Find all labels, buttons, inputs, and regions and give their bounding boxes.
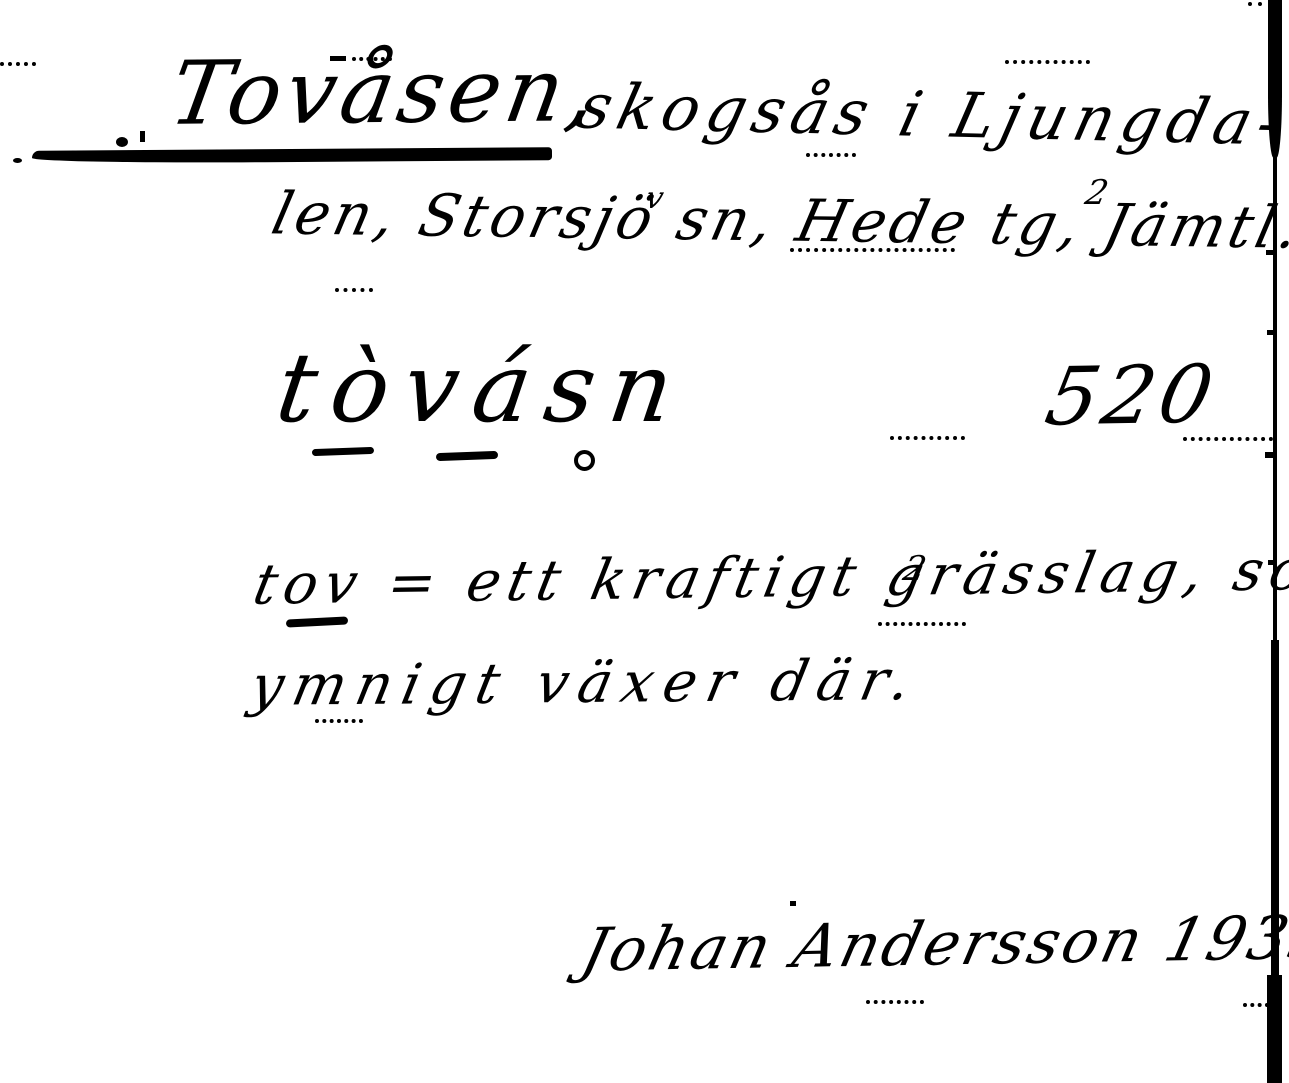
edge-notch [1266, 250, 1274, 255]
scan-noise-mark [1183, 437, 1273, 441]
scan-noise-mark [0, 62, 36, 66]
scan-noise-mark [790, 901, 796, 906]
scan-noise-mark [790, 248, 955, 252]
tov-underline-o [286, 616, 348, 627]
scan-noise-mark [878, 622, 966, 626]
edge-notch [1267, 330, 1274, 335]
edge-notch [1265, 452, 1274, 458]
scan-noise-mark [806, 153, 856, 157]
entry-line-1: skogsås i Ljungda- [573, 75, 1289, 154]
index-card: Tovåsen, skogsås i Ljungda- len, Storsjö… [0, 0, 1289, 1083]
card-right-edge-top [1268, 0, 1282, 158]
scan-noise-mark [1248, 2, 1262, 6]
card-right-edge-bottom [1267, 975, 1282, 1083]
scan-noise-mark [315, 719, 363, 723]
etymology-line-2: ymnigt växer där. [246, 653, 925, 715]
scan-noise-mark [890, 436, 965, 440]
edge-notch [1268, 560, 1274, 565]
scan-noise-mark [1243, 1003, 1269, 1007]
scan-noise-mark [140, 131, 145, 142]
phonetic-underline-o [312, 447, 374, 456]
scan-noise-mark [866, 1000, 924, 1004]
signature: Johan Andersson 1933. [576, 907, 1289, 980]
scan-noise-mark [335, 288, 373, 292]
scan-noise-mark [1005, 60, 1090, 64]
phonetic-underline-a [436, 451, 498, 461]
etymology-line-1: tov = ett kraftigt grässlag, som [249, 542, 1289, 614]
entry-line-2: len, Storsjö sn, Hede tg, Jämtl. l. [267, 184, 1289, 257]
scan-noise-mark [116, 137, 128, 147]
headword-underline [32, 147, 552, 164]
card-number: 520 [1040, 355, 1224, 438]
headword: Tovåsen [163, 38, 577, 144]
phonetic-transcription: tòvásn [271, 340, 693, 436]
syllabic-n-ring-diacritic [574, 450, 595, 471]
scan-noise-mark [13, 158, 22, 163]
scan-noise-mark [352, 57, 392, 61]
scan-noise-mark [330, 56, 346, 61]
